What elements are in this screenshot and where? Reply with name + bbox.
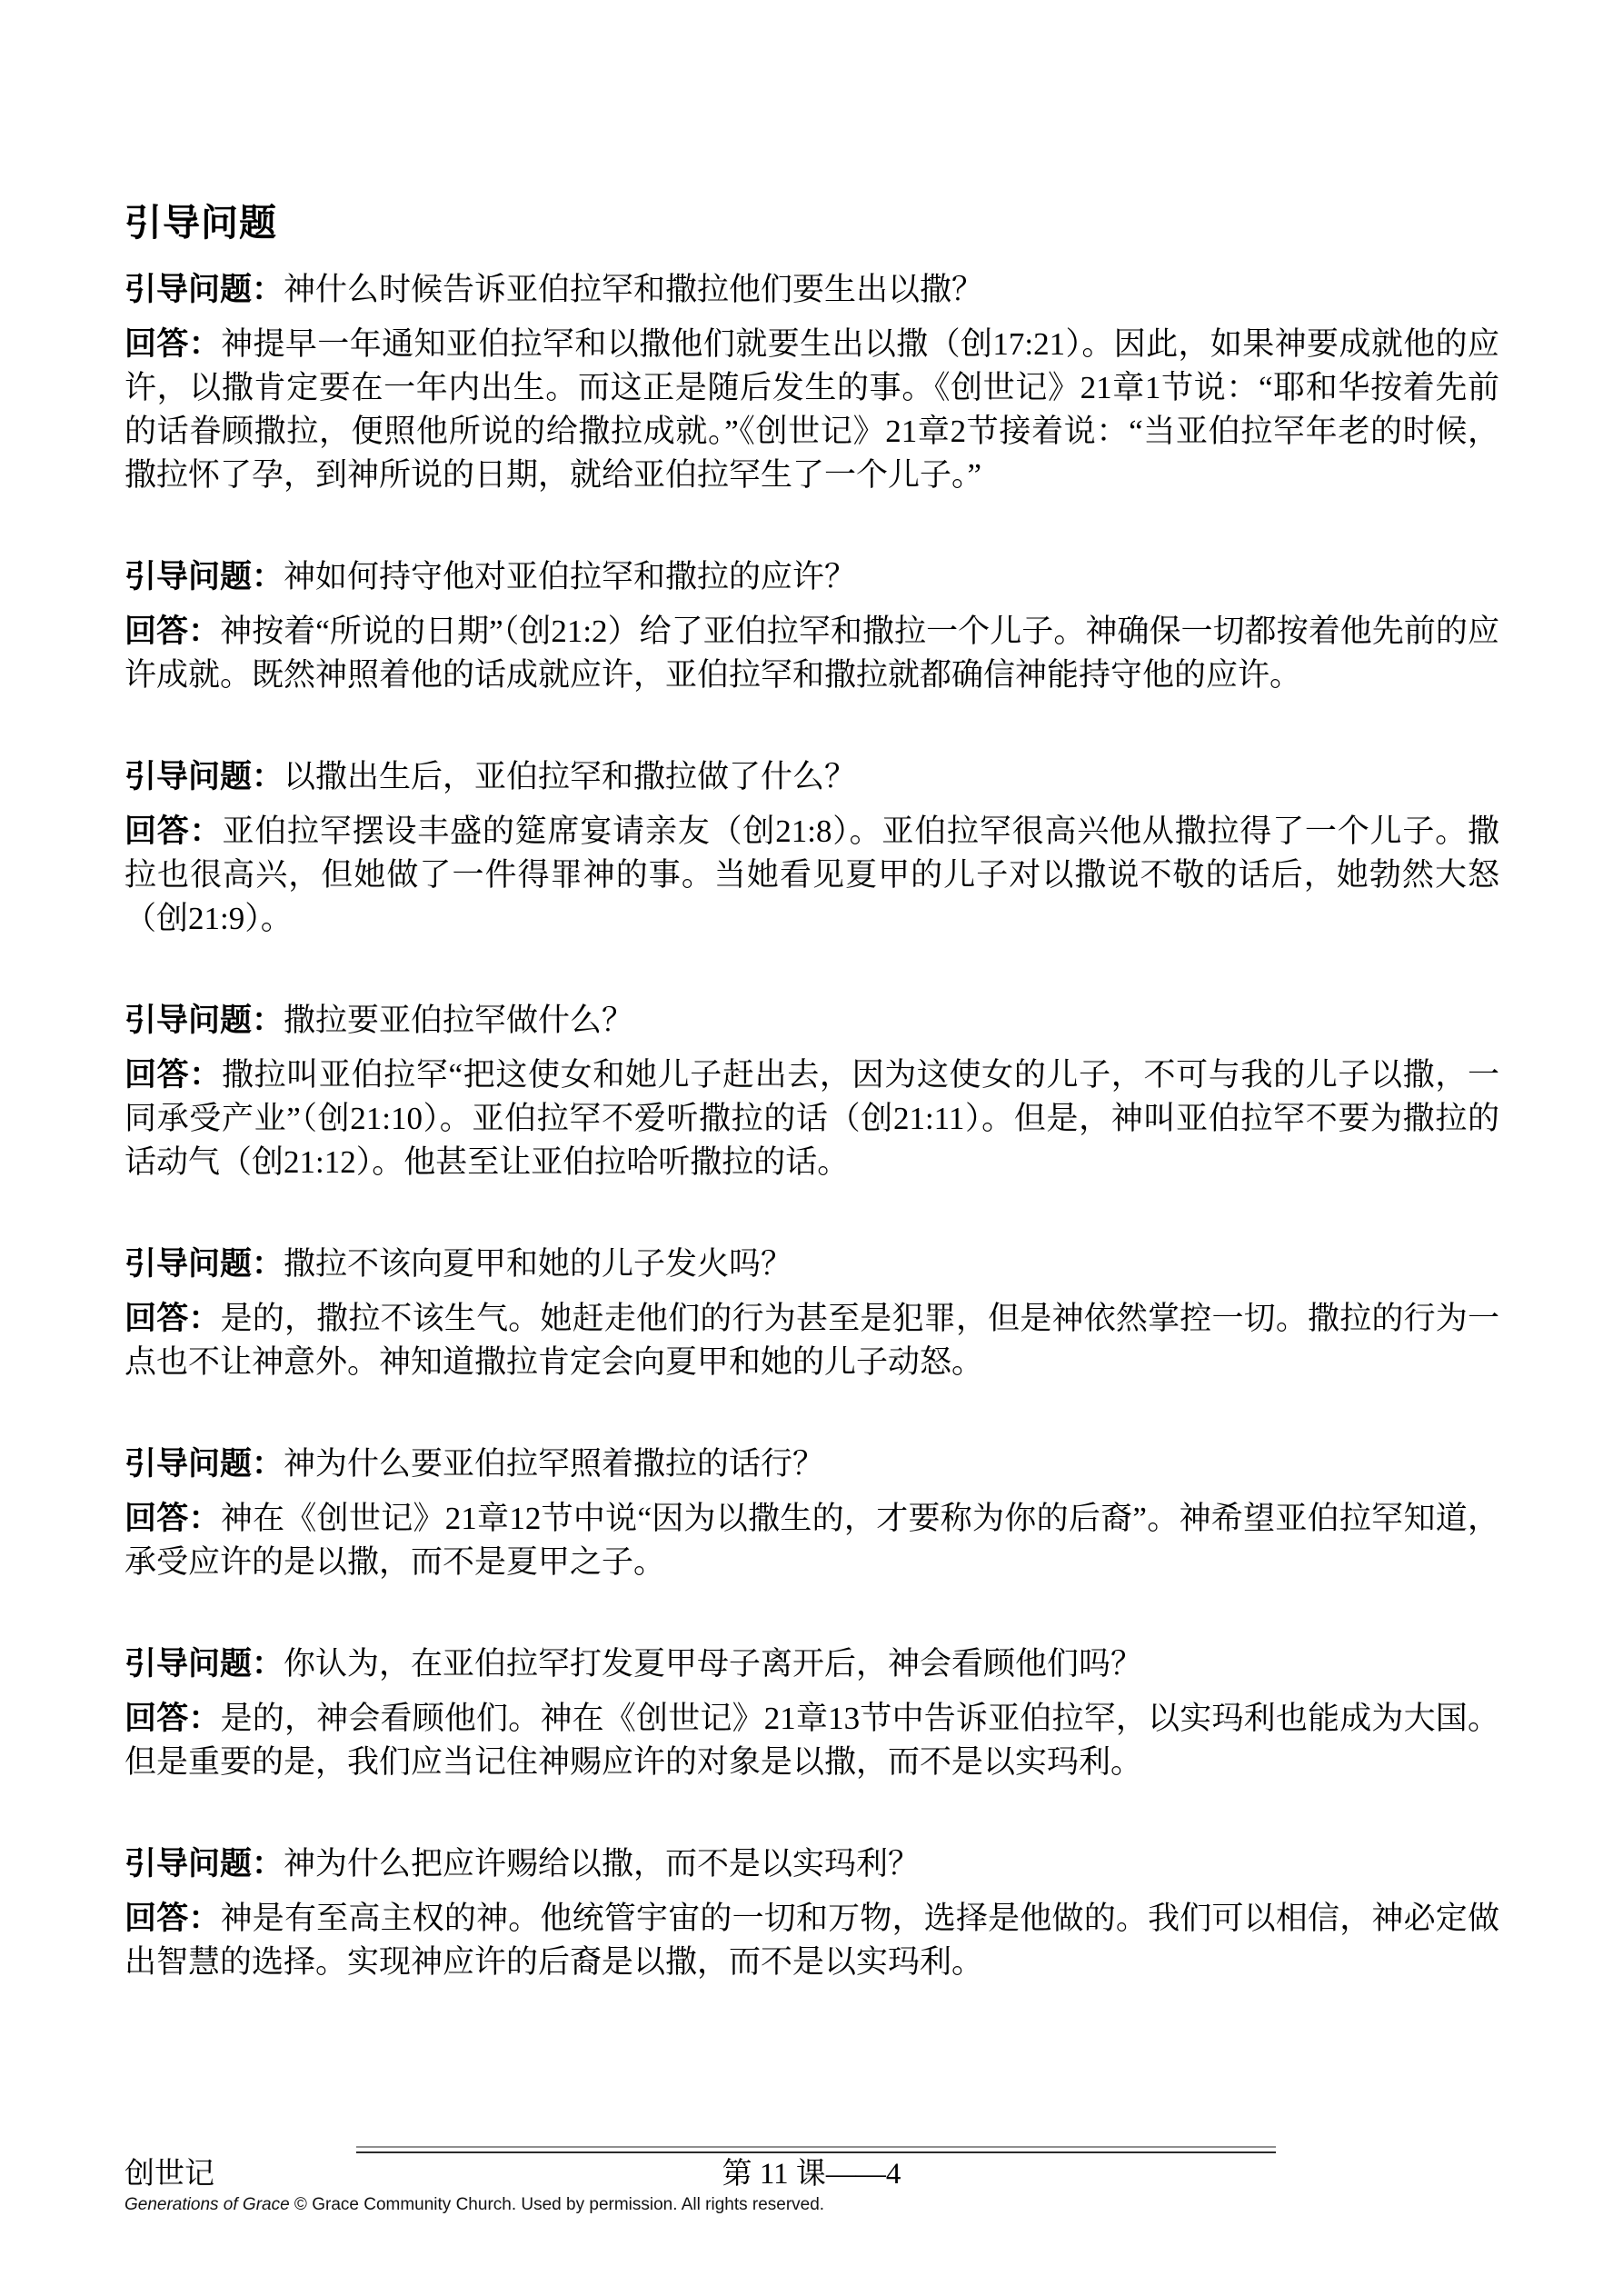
question-paragraph: 引导问题：撒拉不该向夏甲和她的儿子发火吗？ [124, 1243, 1499, 1286]
answer-paragraph: 回答：是的，神会看顾他们。神在《创世记》21章13节中告诉亚伯拉罕，以实玛利也能… [124, 1697, 1499, 1784]
question-text: 撒拉要亚伯拉罕做什么？ [284, 1003, 633, 1038]
footer-lesson-page: 第 11 课——4 [0, 2156, 1623, 2192]
answer-label: 回答： [124, 1057, 222, 1093]
question-label: 引导问题： [124, 1846, 284, 1882]
qa-block-5: 引导问题：撒拉不该向夏甲和她的儿子发火吗？ 回答：是的，撒拉不该生气。她赶走他们… [124, 1243, 1499, 1384]
answer-paragraph: 回答：是的，撒拉不该生气。她赶走他们的行为甚至是犯罪，但是神依然掌控一切。撒拉的… [124, 1297, 1499, 1384]
question-paragraph: 引导问题：神为什么把应许赐给以撒，而不是以实玛利？ [124, 1842, 1499, 1886]
question-label: 引导问题： [124, 1446, 284, 1482]
answer-paragraph: 回答：神按着“所说的日期”（创21:2）给了亚伯拉罕和撒拉一个儿子。神确保一切都… [124, 610, 1499, 697]
question-text: 神为什么把应许赐给以撒，而不是以实玛利？ [284, 1846, 920, 1882]
question-text: 你认为，在亚伯拉罕打发夏甲母子离开后，神会看顾他们吗？ [284, 1646, 1142, 1682]
answer-paragraph: 回答：神是有至高主权的神。他统管宇宙的一切和万物，选择是他做的。我们可以相信，神… [124, 1897, 1499, 1984]
question-label: 引导问题： [124, 1003, 284, 1038]
copyright-text: © Grace Community Church. Used by permis… [290, 2195, 824, 2214]
question-paragraph: 引导问题：你认为，在亚伯拉罕打发夏甲母子离开后，神会看顾他们吗？ [124, 1642, 1499, 1686]
qa-block-2: 引导问题：神如何持守他对亚伯拉罕和撒拉的应许？ 回答：神按着“所说的日期”（创2… [124, 555, 1499, 697]
document-content: 引导问题 引导问题：神什么时候告诉亚伯拉罕和撒拉他们要生出以撒？ 回答：神提早一… [124, 202, 1499, 1984]
question-paragraph: 引导问题：神如何持守他对亚伯拉罕和撒拉的应许？ [124, 555, 1499, 599]
qa-block-8: 引导问题：神为什么把应许赐给以撒，而不是以实玛利？ 回答：神是有至高主权的神。他… [124, 1842, 1499, 1984]
answer-label: 回答： [124, 1501, 221, 1536]
question-text: 以撒出生后，亚伯拉罕和撒拉做了什么？ [284, 759, 856, 794]
answer-label: 回答： [124, 1701, 221, 1736]
qa-block-7: 引导问题：你认为，在亚伯拉罕打发夏甲母子离开后，神会看顾他们吗？ 回答：是的，神… [124, 1642, 1499, 1784]
document-page: 引导问题 引导问题：神什么时候告诉亚伯拉罕和撒拉他们要生出以撒？ 回答：神提早一… [0, 0, 1623, 2296]
question-text: 神为什么要亚伯拉罕照着撒拉的话行？ [284, 1446, 824, 1482]
footer-rule-top [356, 2146, 1276, 2148]
answer-label: 回答： [124, 326, 221, 362]
answer-label: 回答： [124, 814, 222, 849]
question-text: 神什么时候告诉亚伯拉罕和撒拉他们要生出以撒？ [284, 272, 983, 307]
answer-text: 是的，撒拉不该生气。她赶走他们的行为甚至是犯罪，但是神依然掌控一切。撒拉的行为一… [124, 1301, 1499, 1380]
question-paragraph: 引导问题：撒拉要亚伯拉罕做什么？ [124, 999, 1499, 1043]
qa-block-4: 引导问题：撒拉要亚伯拉罕做什么？ 回答：撒拉叫亚伯拉罕“把这使女和她儿子赶出去，… [124, 999, 1499, 1184]
question-label: 引导问题： [124, 759, 284, 794]
question-paragraph: 引导问题：以撒出生后，亚伯拉罕和撒拉做了什么？ [124, 755, 1499, 799]
answer-paragraph: 回答：神提早一年通知亚伯拉罕和以撒他们就要生出以撒（创17:21）。因此，如果神… [124, 323, 1499, 497]
answer-text: 神按着“所说的日期”（创21:2）给了亚伯拉罕和撒拉一个儿子。神确保一切都按着他… [124, 614, 1499, 693]
question-text: 神如何持守他对亚伯拉罕和撒拉的应许？ [284, 559, 856, 594]
question-text: 撒拉不该向夏甲和她的儿子发火吗？ [284, 1246, 792, 1282]
question-label: 引导问题： [124, 1246, 284, 1282]
answer-text: 是的，神会看顾他们。神在《创世记》21章13节中告诉亚伯拉罕，以实玛利也能成为大… [124, 1701, 1499, 1780]
footer-rule-bottom [356, 2151, 1276, 2153]
question-paragraph: 引导问题：神为什么要亚伯拉罕照着撒拉的话行？ [124, 1442, 1499, 1486]
answer-label: 回答： [124, 614, 220, 649]
copyright-series-name: Generations of Grace [124, 2195, 290, 2214]
question-paragraph: 引导问题：神什么时候告诉亚伯拉罕和撒拉他们要生出以撒？ [124, 268, 1499, 312]
answer-paragraph: 回答：神在《创世记》21章12节中说“因为以撒生的，才要称为你的后裔”。神希望亚… [124, 1497, 1499, 1584]
question-label: 引导问题： [124, 272, 284, 307]
answer-label: 回答： [124, 1301, 221, 1336]
question-label: 引导问题： [124, 1646, 284, 1682]
answer-label: 回答： [124, 1901, 221, 1936]
footer-copyright: Generations of Grace © Grace Community C… [124, 2194, 824, 2216]
answer-text: 神在《创世记》21章12节中说“因为以撒生的，才要称为你的后裔”。神希望亚伯拉罕… [124, 1501, 1499, 1580]
footer-rule [356, 2146, 1276, 2153]
answer-text: 撒拉叫亚伯拉罕“把这使女和她儿子赶出去，因为这使女的儿子，不可与我的儿子以撒，一… [124, 1057, 1499, 1180]
page-title: 引导问题 [124, 202, 1499, 245]
answer-text: 神提早一年通知亚伯拉罕和以撒他们就要生出以撒（创17:21）。因此，如果神要成就… [124, 326, 1499, 493]
answer-text: 神是有至高主权的神。他统管宇宙的一切和万物，选择是他做的。我们可以相信，神必定做… [124, 1901, 1499, 1980]
qa-block-3: 引导问题：以撒出生后，亚伯拉罕和撒拉做了什么？ 回答：亚伯拉罕摆设丰盛的筵席宴请… [124, 755, 1499, 941]
answer-paragraph: 回答：亚伯拉罕摆设丰盛的筵席宴请亲友（创21:8）。亚伯拉罕很高兴他从撒拉得了一… [124, 810, 1499, 941]
question-label: 引导问题： [124, 559, 284, 594]
qa-block-6: 引导问题：神为什么要亚伯拉罕照着撒拉的话行？ 回答：神在《创世记》21章12节中… [124, 1442, 1499, 1584]
answer-paragraph: 回答：撒拉叫亚伯拉罕“把这使女和她儿子赶出去，因为这使女的儿子，不可与我的儿子以… [124, 1053, 1499, 1184]
answer-text: 亚伯拉罕摆设丰盛的筵席宴请亲友（创21:8）。亚伯拉罕很高兴他从撒拉得了一个儿子… [124, 814, 1499, 936]
qa-block-1: 引导问题：神什么时候告诉亚伯拉罕和撒拉他们要生出以撒？ 回答：神提早一年通知亚伯… [124, 268, 1499, 497]
footer-book-title: 创世记 [124, 2156, 214, 2192]
